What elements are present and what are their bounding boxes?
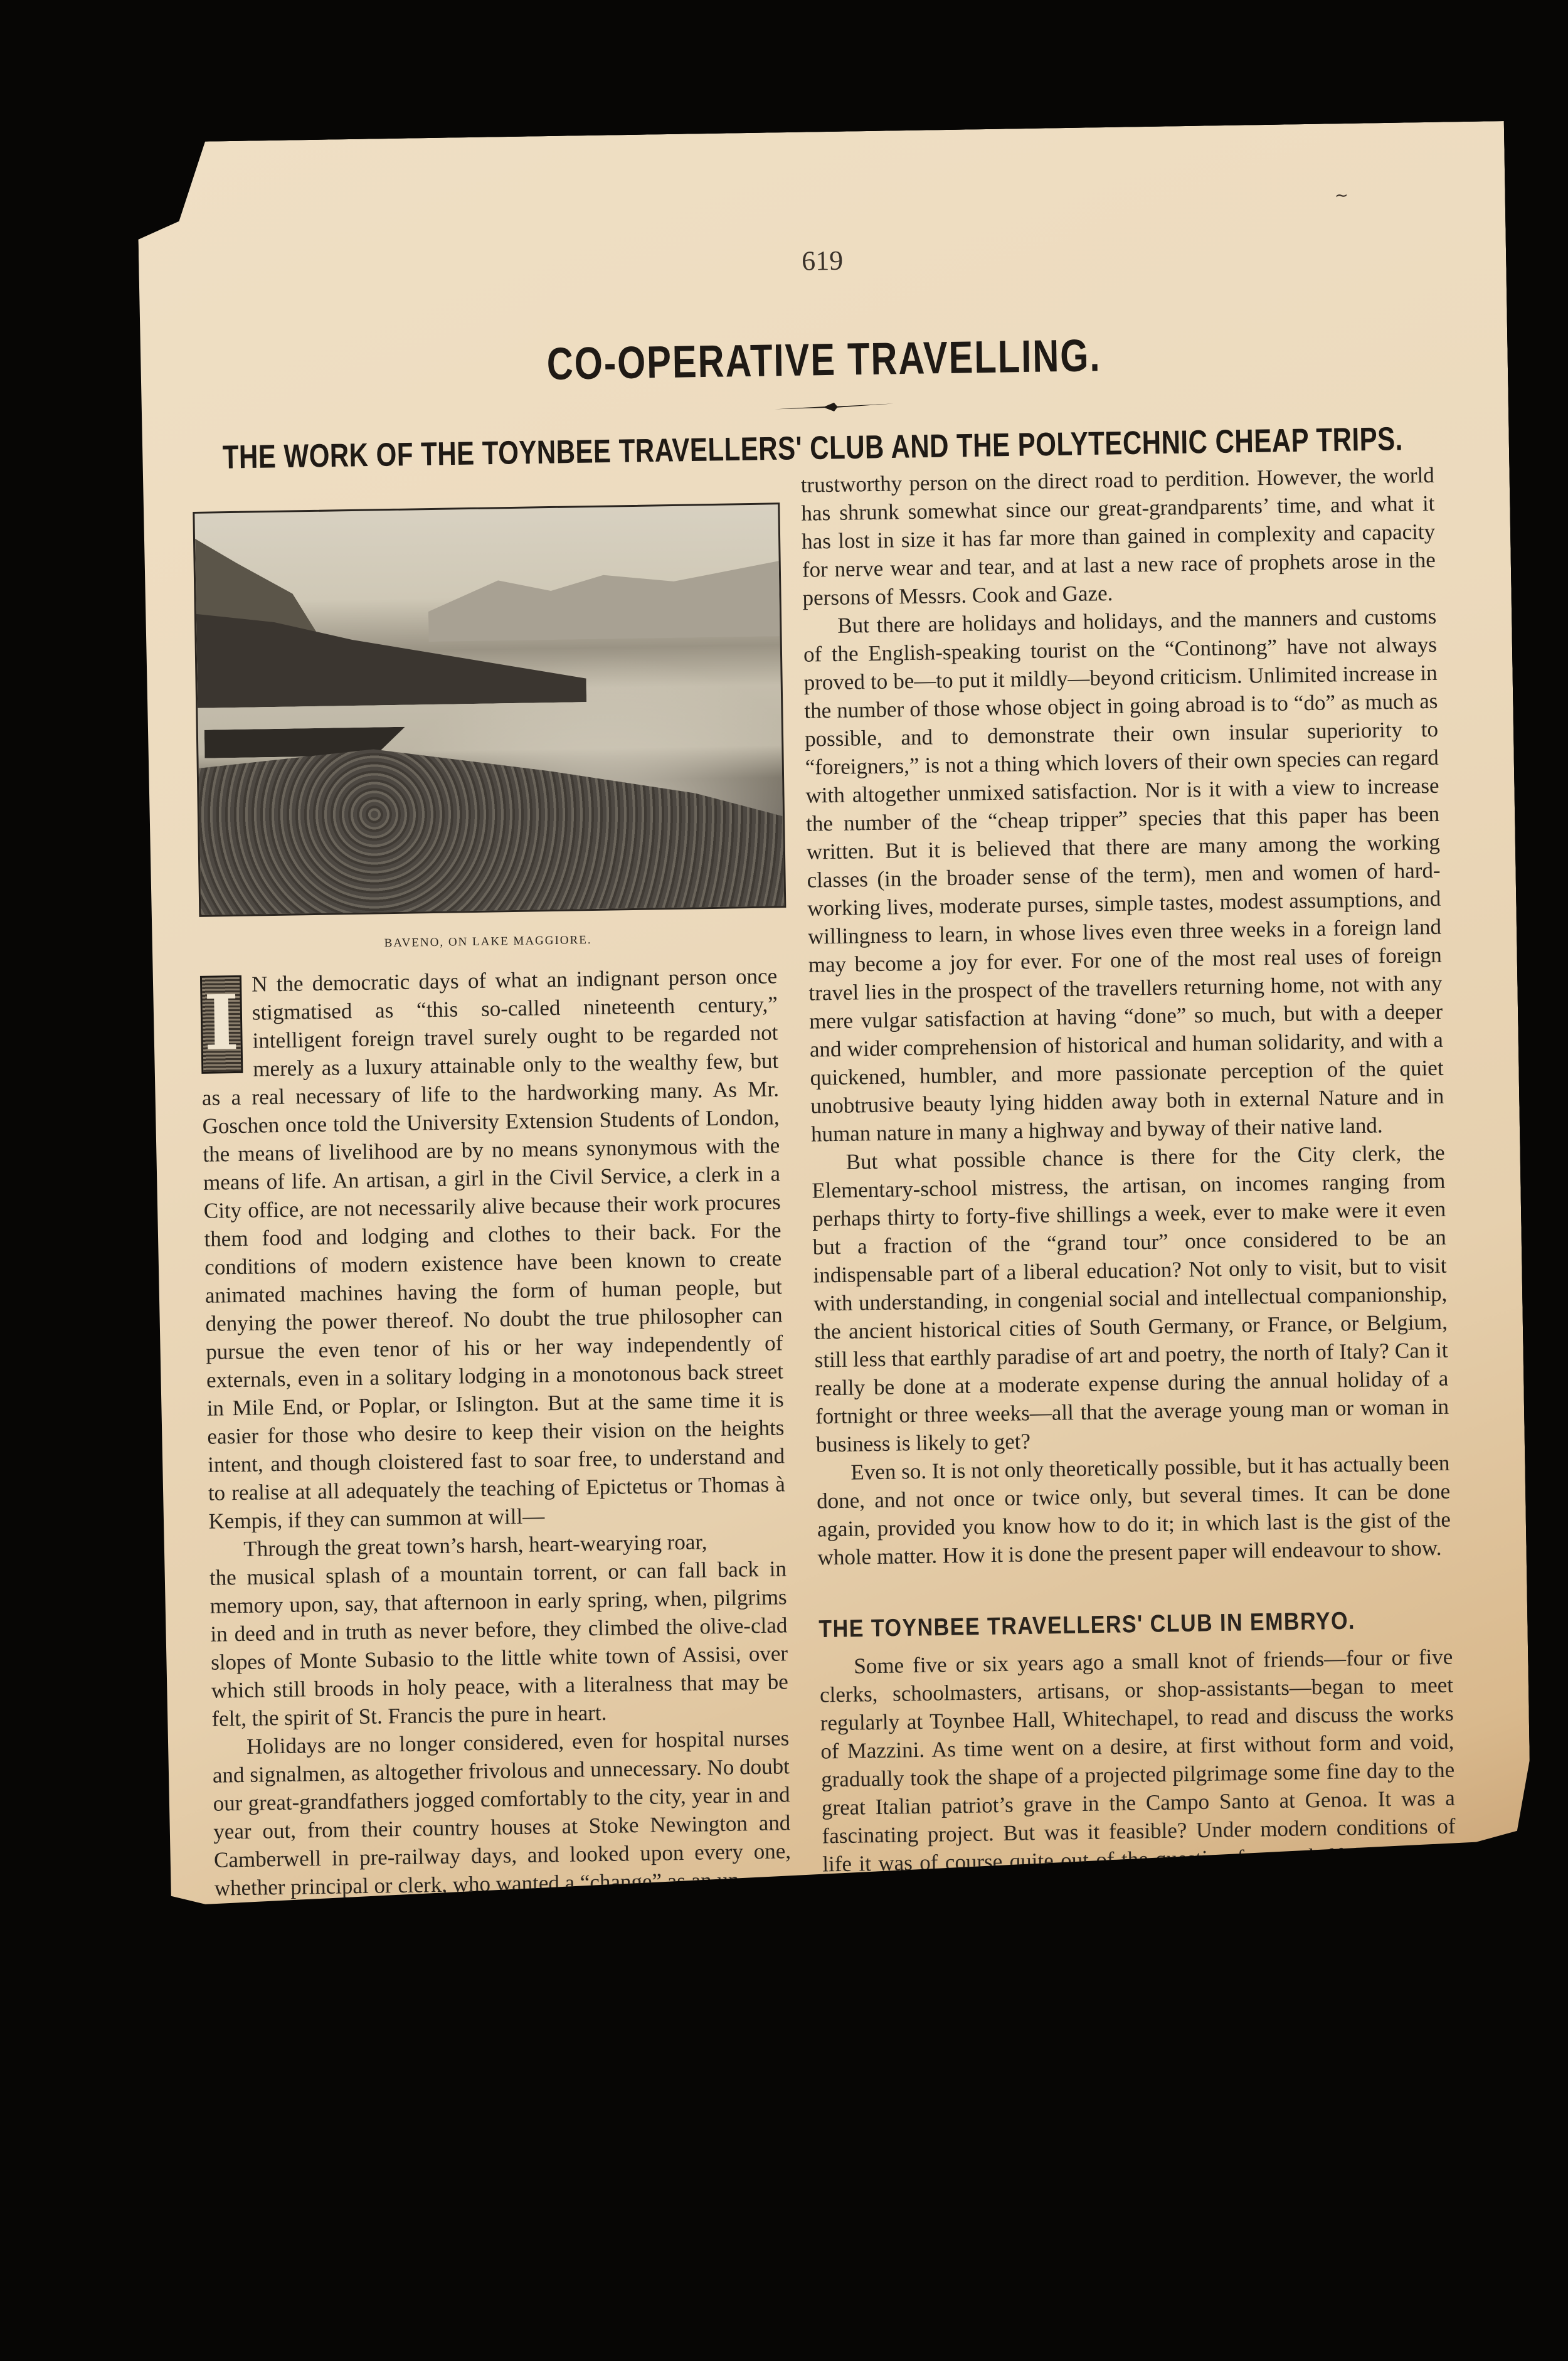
left-column: BAVENO, ON LAKE MAGGIORE. I N the democr… <box>193 503 792 1902</box>
paragraph-even-so: Even so. It is not only theoretically po… <box>816 1449 1451 1572</box>
figure-caption: BAVENO, ON LAKE MAGGIORE. <box>199 930 776 953</box>
paragraph-after-verse: the musical splash of a mountain torrent… <box>209 1554 789 1732</box>
right-column: trustworthy person on the direct road to… <box>800 461 1457 1935</box>
photo-far-hills <box>428 561 780 642</box>
dropcap-initial: I <box>200 975 243 1074</box>
opening-paragraph: N the democratic days of what an indigna… <box>200 962 786 1535</box>
right-body-text: trustworthy person on the direct road to… <box>800 461 1457 1935</box>
dropcap-letter: I <box>202 982 241 1064</box>
title-ornament-icon <box>775 401 894 412</box>
section-heading: THE TOYNBEE TRAVELLERS' CLUB IN EMBRYO. <box>818 1603 1453 1646</box>
margin-mark: ~ <box>1335 186 1348 205</box>
paragraph-holidays-and-holidays: But there are holidays and holidays, and… <box>803 602 1444 1149</box>
left-body-text: I N the democratic days of what an indig… <box>200 962 792 1902</box>
paragraph-holidays: Holidays are no longer considered, even … <box>212 1724 792 1902</box>
photo-baveno-lake-maggiore <box>193 502 786 917</box>
scan-background: ~ 619 CO-OPERATIVE TRAVELLING. THE WORK … <box>0 0 1568 2361</box>
paragraph-possible-chance: But what possible chance is there for th… <box>811 1138 1449 1459</box>
article-title: CO-OPERATIVE TRAVELLING. <box>140 323 1508 397</box>
magazine-page: ~ 619 CO-OPERATIVE TRAVELLING. THE WORK … <box>137 121 1532 1905</box>
paragraph-continuation: trustworthy person on the direct road to… <box>800 461 1436 612</box>
page-number: 619 <box>139 234 1507 287</box>
paragraph-some-five: Some five or six years ago a small knot … <box>819 1643 1457 1935</box>
photo-shore <box>198 743 784 915</box>
